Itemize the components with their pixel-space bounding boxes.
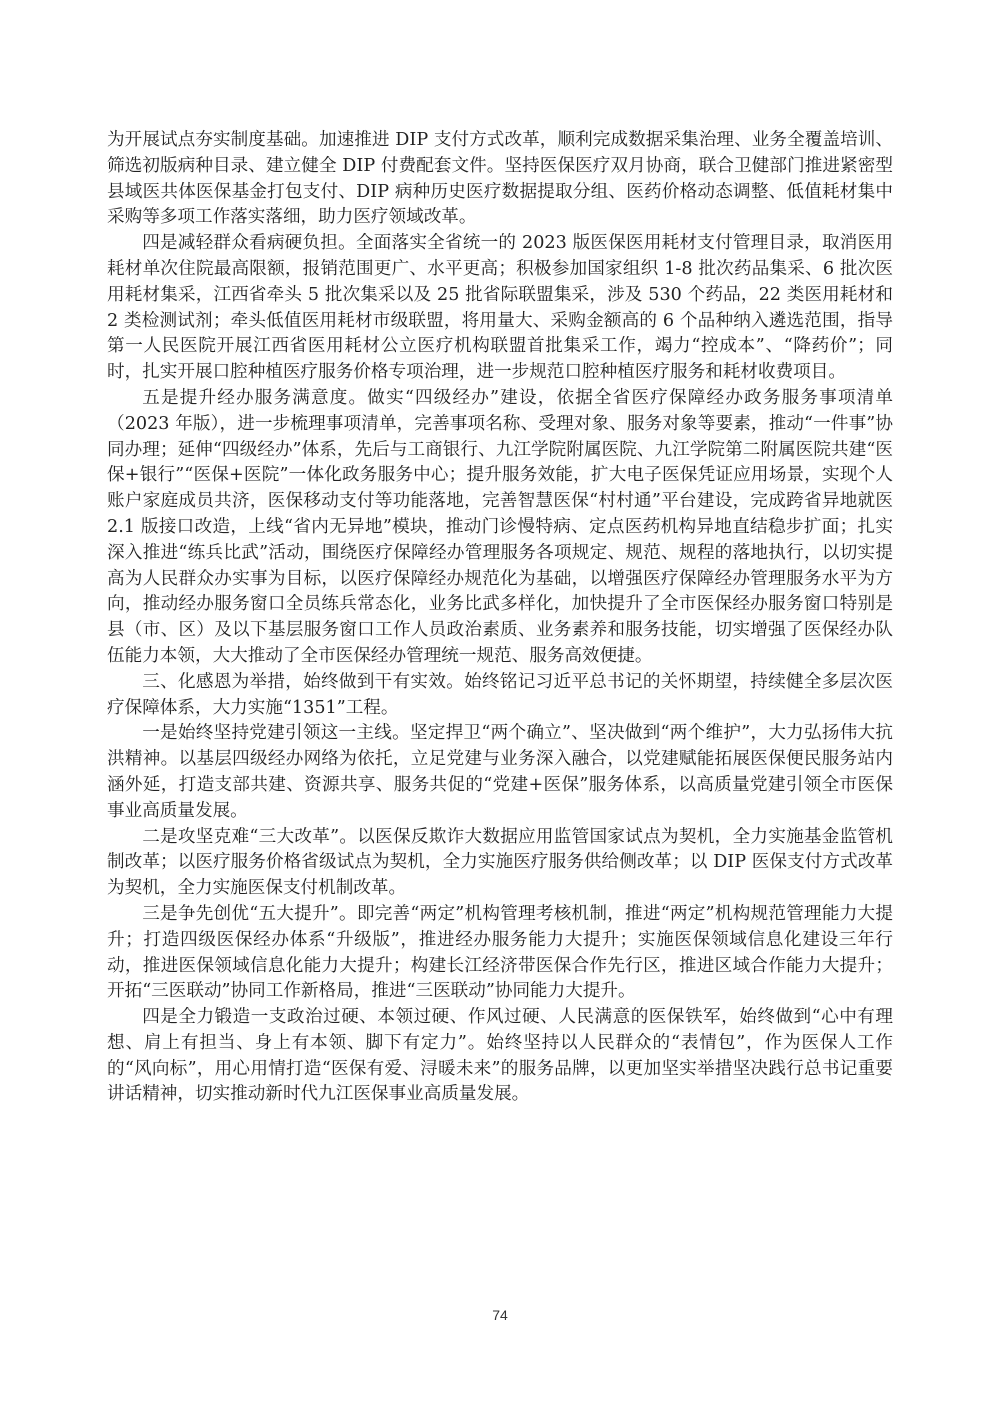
paragraph-reduce-burden: 四是减轻群众看病硬负担。全面落实全省统一的 2023 版医保医用耗材支付管理目录… [107, 231, 893, 386]
paragraph-party-building: 一是始终坚持党建引领这一主线。坚定捍卫“两个确立”、坚决做到“两个维护”，大力弘… [107, 721, 893, 824]
paragraph-five-improvements: 三是争先创优“五大提升”。即完善“两定”机构管理考核机制，推进“两定”机构规范管… [107, 902, 893, 1005]
document-body: 为开展试点夯实制度基础。加速推进 DIP 支付方式改革，顺利完成数据采集治理、业… [107, 128, 893, 1108]
paragraph-iron-army: 四是全力锻造一支政治过硬、本领过硬、作风过硬、人民满意的医保铁军，始终做到“心中… [107, 1005, 893, 1108]
paragraph-service-satisfaction: 五是提升经办服务满意度。做实“四级经办”建设，依据全省医疗保障经办政务服务事项清… [107, 386, 893, 670]
paragraph-dip-reform: 为开展试点夯实制度基础。加速推进 DIP 支付方式改革，顺利完成数据采集治理、业… [107, 128, 893, 231]
page-number: 74 [0, 1307, 1000, 1323]
paragraph-section-three: 三、化感恩为举措，始终做到干有实效。始终铭记习近平总书记的关怀期望，持续健全多层… [107, 670, 893, 722]
paragraph-three-reforms: 二是攻坚克难“三大改革”。以医保反欺诈大数据应用监管国家试点为契机，全力实施基金… [107, 825, 893, 902]
